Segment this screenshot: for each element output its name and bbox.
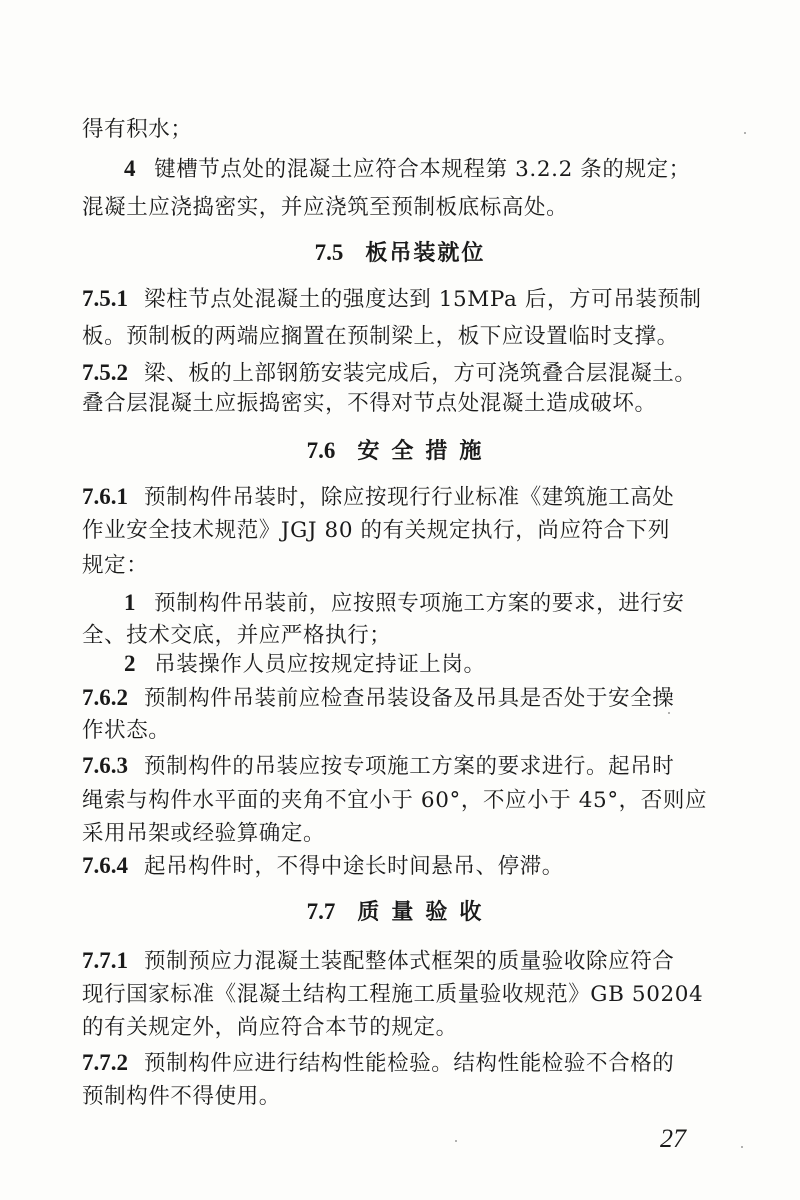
- scan-speck: [741, 1146, 743, 1148]
- clause-7-6-2: 7.6.2预制构件吊装前应检查吊装设备及吊具是否处于安全操: [82, 684, 722, 712]
- paragraph-text: 绳索与构件水平面的夹角不宜小于 60°，不应小于 45°，否则应: [82, 788, 707, 813]
- section-title: 质量验收: [357, 899, 493, 925]
- paragraph-text: 键槽节点处的混凝土应符合本规程第 3.2.2 条的规定；: [154, 157, 691, 182]
- section-heading-7-6: 7.6安全措施: [0, 436, 800, 466]
- section-heading-7-7: 7.7质量验收: [0, 897, 800, 927]
- scan-speck: [668, 712, 670, 714]
- paragraph-text: 得有积水；: [82, 117, 193, 142]
- scan-speck: [744, 132, 746, 134]
- paragraph-text: 梁、板的上部钢筋安装完成后，方可浇筑叠合层混凝土。: [144, 361, 697, 386]
- paragraph-text: 预制构件应进行结构性能检验。结构性能检验不合格的: [144, 1051, 674, 1076]
- paragraph-text: 作状态。: [82, 718, 170, 743]
- clause-7-5-2: 7.5.2梁、板的上部钢筋安装完成后，方可浇筑叠合层混凝土。: [82, 359, 722, 387]
- section-heading-7-5: 7.5板吊装就位: [0, 238, 800, 268]
- clause-7-6-4: 7.6.4起吊构件时，不得中途长时间悬吊、停滞。: [82, 852, 722, 880]
- clause-7-6-1: 7.6.1预制构件吊装时，除应按现行行业标准《建筑施工高处: [82, 483, 722, 511]
- paragraph-text: 采用吊架或经验算确定。: [82, 821, 325, 846]
- paragraph-text: 现行国家标准《混凝土结构工程施工质量验收规范》GB 50204: [82, 982, 703, 1007]
- paragraph-text: 预制构件吊装前，应按照专项施工方案的要求，进行安: [154, 591, 684, 616]
- page-number: 27: [660, 1124, 686, 1154]
- paragraph-text: 预制构件吊装时，除应按现行行业标准《建筑施工高处: [144, 485, 674, 510]
- text-line: 得有积水；: [82, 116, 722, 144]
- list-item: 2吊装操作人员应按规定持证上岗。: [124, 650, 764, 678]
- text-line: 现行国家标准《混凝土结构工程施工质量验收规范》GB 50204: [82, 981, 722, 1009]
- text-line: 绳索与构件水平面的夹角不宜小于 60°，不应小于 45°，否则应: [82, 787, 722, 815]
- text-line: 作状态。: [82, 717, 722, 745]
- scan-speck: [455, 1140, 457, 1142]
- section-number: 7.7: [307, 899, 336, 924]
- text-line: 作业安全技术规范》JGJ 80 的有关规定执行，尚应符合下列: [82, 517, 722, 545]
- paragraph-text: 规定：: [82, 553, 148, 578]
- clause-number: 7.6.3: [82, 753, 128, 778]
- clause-7-7-1: 7.7.1预制预应力混凝土装配整体式框架的质量验收除应符合: [82, 947, 722, 975]
- clause-7-7-2: 7.7.2预制构件应进行结构性能检验。结构性能检验不合格的: [82, 1049, 722, 1077]
- clause-number: 7.5.1: [82, 286, 128, 311]
- document-page: 得有积水； 4键槽节点处的混凝土应符合本规程第 3.2.2 条的规定； 混凝土应…: [0, 0, 800, 1200]
- clause-number: 7.5.2: [82, 360, 128, 385]
- paragraph-text: 预制构件不得使用。: [82, 1084, 281, 1109]
- clause-number: 7.7.1: [82, 948, 128, 973]
- paragraph-text: 预制构件吊装前应检查吊装设备及吊具是否处于安全操: [144, 686, 674, 711]
- text-line: 板。预制板的两端应搁置在预制梁上，板下应设置临时支撑。: [82, 323, 722, 351]
- section-number: 7.5: [315, 240, 344, 265]
- item-number: 4: [124, 156, 136, 181]
- clause-7-6-3: 7.6.3预制构件的吊装应按专项施工方案的要求进行。起吊时: [82, 752, 722, 780]
- paragraph-text: 预制预应力混凝土装配整体式框架的质量验收除应符合: [144, 949, 674, 974]
- list-item: 1预制构件吊装前，应按照专项施工方案的要求，进行安: [124, 589, 764, 617]
- item-number: 2: [124, 651, 136, 676]
- paragraph-text: 起吊构件时，不得中途长时间悬吊、停滞。: [144, 854, 564, 879]
- text-line: 规定：: [82, 552, 722, 580]
- text-line: 叠合层混凝土应振捣密实，不得对节点处混凝土造成破坏。: [82, 390, 722, 418]
- paragraph-text: 全、技术交底，并应严格执行；: [82, 623, 391, 648]
- clause-number: 7.7.2: [82, 1050, 128, 1075]
- paragraph-text: 板。预制板的两端应搁置在预制梁上，板下应设置临时支撑。: [82, 324, 679, 349]
- list-item: 4键槽节点处的混凝土应符合本规程第 3.2.2 条的规定；: [124, 155, 764, 183]
- text-line: 混凝土应浇捣密实，并应浇筑至预制板底标高处。: [82, 194, 722, 222]
- paragraph-text: 混凝土应浇捣密实，并应浇筑至预制板底标高处。: [82, 195, 568, 220]
- section-number: 7.6: [307, 438, 336, 463]
- text-line: 预制构件不得使用。: [82, 1083, 722, 1111]
- text-line: 全、技术交底，并应严格执行；: [82, 622, 722, 650]
- paragraph-text: 叠合层混凝土应振捣密实，不得对节点处混凝土造成破坏。: [82, 391, 657, 416]
- text-line: 的有关规定外，尚应符合本节的规定。: [82, 1014, 722, 1042]
- paragraph-text: 作业安全技术规范》JGJ 80 的有关规定执行，尚应符合下列: [82, 518, 670, 543]
- item-number: 1: [124, 590, 136, 615]
- clause-number: 7.6.4: [82, 853, 128, 878]
- clause-number: 7.6.2: [82, 685, 128, 710]
- paragraph-text: 预制构件的吊装应按专项施工方案的要求进行。起吊时: [144, 754, 674, 779]
- paragraph-text: 吊装操作人员应按规定持证上岗。: [154, 652, 486, 677]
- clause-number: 7.6.1: [82, 484, 128, 509]
- paragraph-text: 梁柱节点处混凝土的强度达到 15MPa 后，方可吊装预制: [144, 287, 702, 312]
- section-title: 板吊装就位: [365, 240, 485, 266]
- text-line: 采用吊架或经验算确定。: [82, 820, 722, 848]
- section-title: 安全措施: [357, 438, 493, 464]
- clause-7-5-1: 7.5.1梁柱节点处混凝土的强度达到 15MPa 后，方可吊装预制: [82, 285, 722, 313]
- paragraph-text: 的有关规定外，尚应符合本节的规定。: [82, 1015, 458, 1040]
